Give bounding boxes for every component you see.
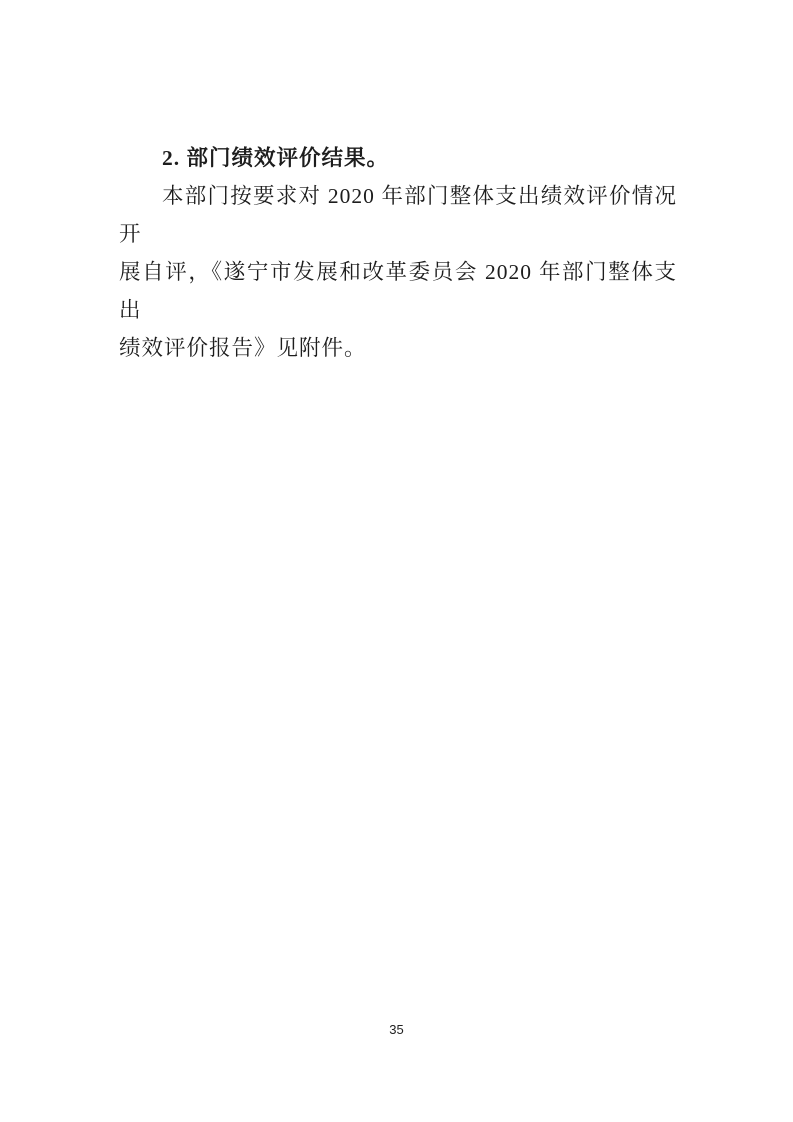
page-number: 35	[0, 1022, 793, 1037]
page-content: 2. 部门绩效评价结果。 本部门按要求对 2020 年部门整体支出绩效评价情况开…	[119, 139, 677, 367]
document-page: 2. 部门绩效评价结果。 本部门按要求对 2020 年部门整体支出绩效评价情况开…	[0, 0, 793, 1122]
paragraph-line: 展自评，《遂宁市发展和改革委员会 2020 年部门整体支出	[119, 253, 677, 329]
paragraph-line: 本部门按要求对 2020 年部门整体支出绩效评价情况开	[119, 177, 677, 253]
section-heading: 2. 部门绩效评价结果。	[119, 139, 677, 177]
paragraph-line: 绩效评价报告》见附件。	[119, 329, 677, 367]
